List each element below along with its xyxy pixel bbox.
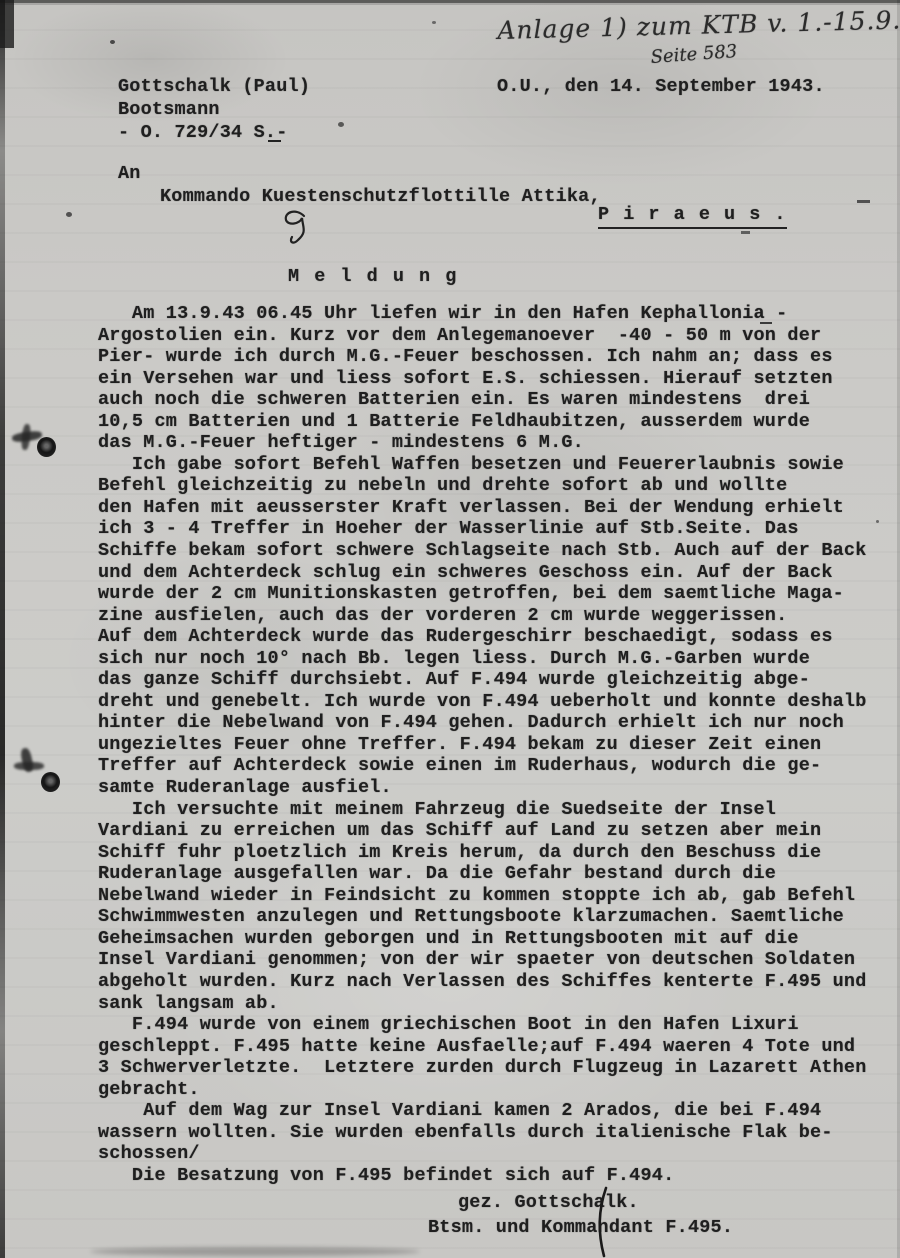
scanned-document: Anlage 1) zum KTB v. 1.-15.9.43. Seite 5… bbox=[0, 0, 900, 1258]
recipient-line: Kommando Kuestenschutzflottille Attika, bbox=[160, 186, 601, 208]
sender-rank: Bootsmann bbox=[118, 99, 220, 121]
bottom-edge-smudge bbox=[90, 1247, 420, 1256]
ink-smudge bbox=[14, 762, 44, 770]
pen-downstroke-mark bbox=[590, 1186, 620, 1258]
paper-speck bbox=[876, 520, 879, 523]
salutation: An bbox=[118, 163, 141, 185]
stray-dash-mark bbox=[741, 231, 750, 234]
paper-speck bbox=[110, 40, 115, 44]
pen-squiggle-mark bbox=[276, 206, 314, 252]
scan-edge-top-shadow bbox=[0, 3, 900, 5]
handwritten-annotation-line1: Anlage 1) zum KTB v. 1.-15.9.43. bbox=[497, 4, 900, 45]
punch-hole bbox=[37, 437, 56, 457]
reference-underline bbox=[268, 140, 281, 142]
punch-hole bbox=[41, 772, 60, 792]
signature-role: Btsm. und Kommandant F.495. bbox=[428, 1217, 733, 1239]
paper-speck bbox=[338, 122, 344, 127]
stray-dash-mark bbox=[857, 200, 870, 203]
sender-name: Gottschalk (Paul) bbox=[118, 76, 310, 98]
handwritten-annotation-line2: Seite 583 bbox=[650, 41, 738, 68]
recipient-city: P i r a e u s . bbox=[598, 204, 787, 229]
scan-edge-left bbox=[0, 0, 5, 1258]
ink-smudge bbox=[21, 424, 32, 451]
report-title: M e l d u n g bbox=[288, 266, 458, 288]
report-body-text: Am 13.9.43 06.45 Uhr liefen wir in den H… bbox=[98, 303, 867, 1186]
sender-reference: - O. 729/34 S.- bbox=[118, 122, 288, 144]
paper-speck bbox=[66, 212, 72, 217]
scan-corner-mark bbox=[0, 0, 14, 48]
kephallonia-dash-underline bbox=[760, 322, 772, 324]
paper-speck bbox=[432, 21, 436, 24]
place-date-line: O.U., den 14. September 1943. bbox=[497, 76, 825, 98]
